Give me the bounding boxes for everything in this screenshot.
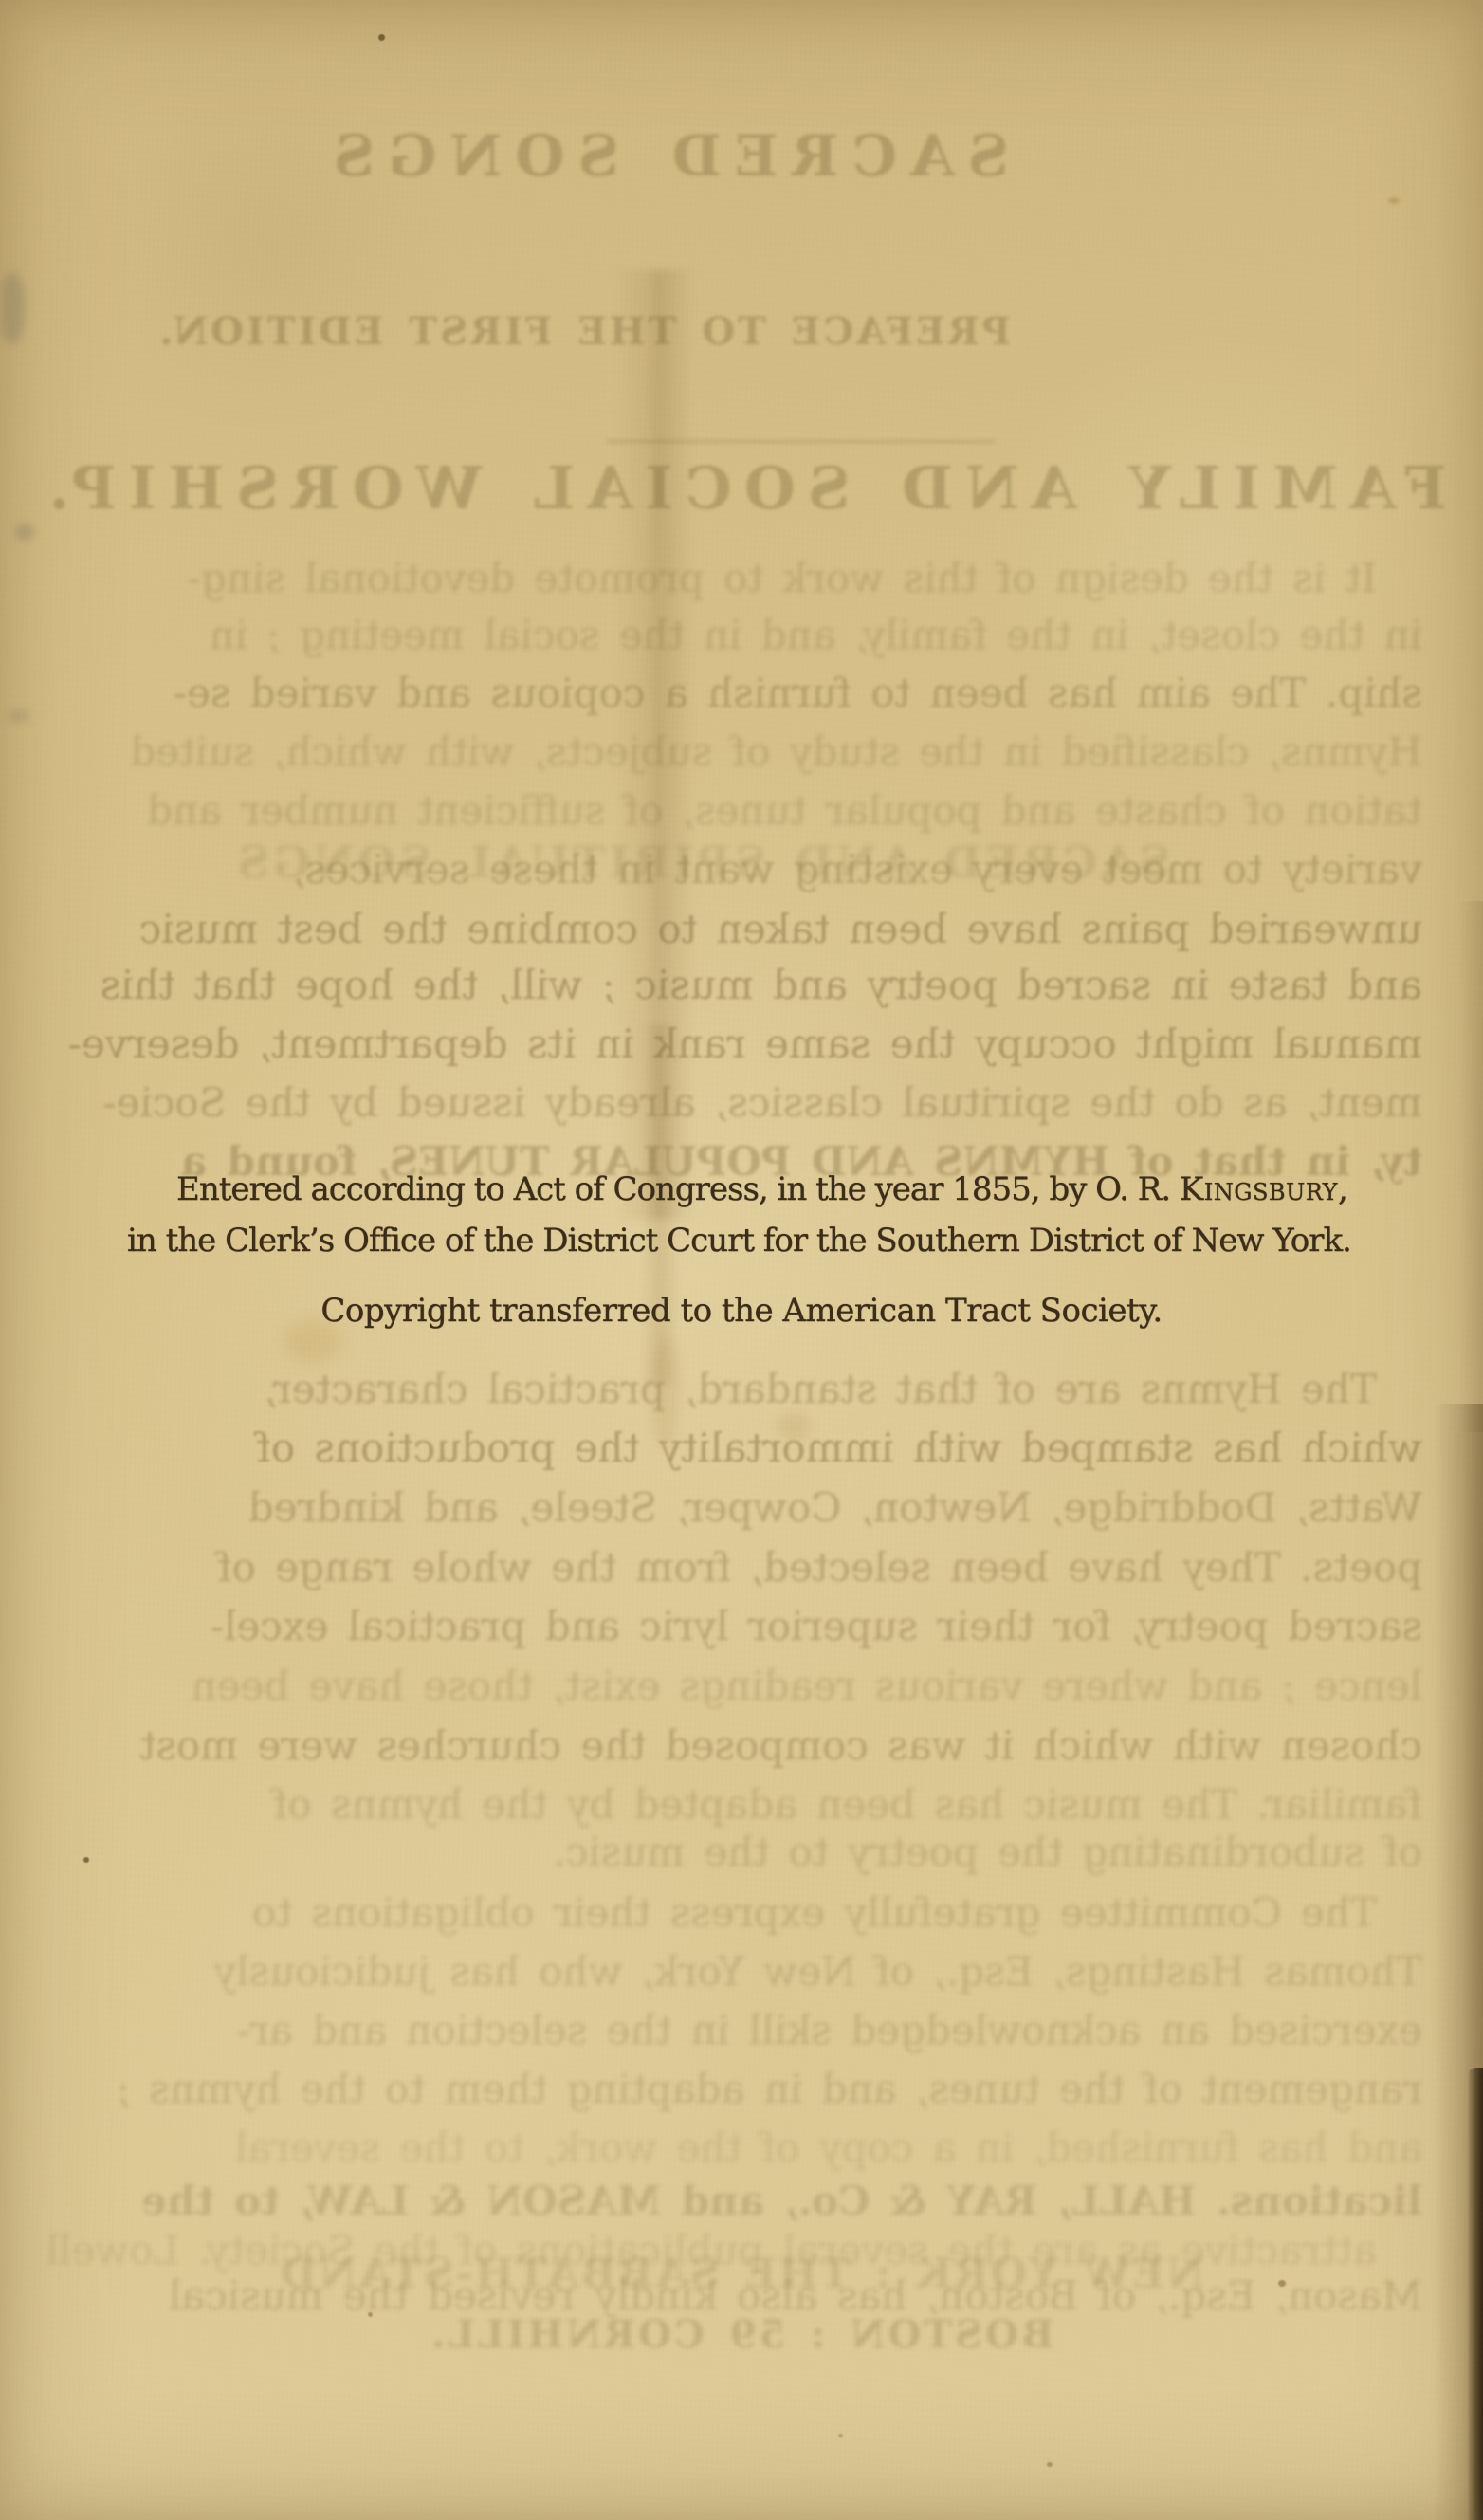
- paper-texture: [0, 0, 1483, 2520]
- ghost-text-line: familiar. The music has been adapted by …: [273, 1781, 1422, 1828]
- page-edge-shadow: [1434, 1404, 1483, 2520]
- ghost-text-line: The Hymns are of that standard, practica…: [265, 1366, 1377, 1412]
- ghost-text-line: SACRED AND SPIRITUAL SONGS: [234, 837, 1170, 888]
- vignette: [0, 0, 1483, 2520]
- ghost-text-line: Watts, Doddridge, Newton, Cowper, Steele…: [248, 1484, 1422, 1531]
- speck: [1388, 197, 1400, 204]
- ghost-text-line: It is the design of this work to promote…: [188, 555, 1377, 601]
- ghost-text-line: rangement of the tunes, and in adapting …: [117, 2066, 1422, 2112]
- smudge: [8, 709, 30, 723]
- ghost-text-line: exercised an acknowledged skill in the s…: [237, 2007, 1422, 2053]
- speck: [838, 2434, 843, 2437]
- page-edge-shadow: [1458, 901, 1483, 1432]
- copyright-transfer-line: Copyright transferred to the American Tr…: [0, 1292, 1483, 1330]
- ghost-text-line: unwearied pains have been taken to combi…: [139, 906, 1422, 952]
- ghost-text-line: FAMILY AND SOCIAL WORSHIP.: [0, 453, 1483, 523]
- ghost-text-line: attractive as are the several publicatio…: [46, 2227, 1377, 2273]
- copyright-line-1-text: Entered according to Act of Congress, in…: [176, 1170, 1180, 1208]
- ghost-text-line: The Committee gratefully express their o…: [252, 1889, 1377, 1936]
- ghost-text-line: in the closet, in the family, and in the…: [210, 612, 1422, 658]
- ghost-text-line: poets. They have been selected, from the…: [217, 1544, 1422, 1591]
- ghost-text-line: and taste in sacred poetry and music ; w…: [101, 962, 1422, 1008]
- ghost-text-line: SACRED SONGS: [320, 123, 1009, 190]
- speck: [83, 1857, 89, 1863]
- ghost-text-line: variety to meet every existing want in t…: [292, 846, 1422, 892]
- ghost-text-line: chosen with which it was composed the ch…: [140, 1722, 1423, 1769]
- ghost-text-line: lications. HALL, RAY & Co., and MASON & …: [141, 2178, 1422, 2224]
- ghost-text-line: ment, as do the spiritual classics, alre…: [102, 1079, 1422, 1126]
- copyright-line-1-tail: ,: [1338, 1170, 1347, 1208]
- stain: [652, 1335, 677, 1449]
- ghost-text-line: sacred poetry, for their superior lyric …: [211, 1603, 1422, 1649]
- speck: [368, 2312, 373, 2317]
- ghost-text-line: Thomas Hastings, Esq., of New York, who …: [213, 1948, 1422, 1995]
- speck: [1278, 2280, 1286, 2287]
- ghost-showthrough-layer: SACRED SONGSPREFACE TO THE FIRST EDITION…: [0, 0, 1483, 2520]
- copyright-line-2: in the Clerk’s Office of the District Cc…: [127, 1222, 1351, 1260]
- smudge: [15, 524, 34, 541]
- ghost-rule: [607, 440, 996, 443]
- speck: [378, 34, 385, 41]
- ghost-text-line: of subordinating the poetry to the music…: [553, 1829, 1422, 1875]
- ghost-text-line: and has furnished, in a copy of the work…: [235, 2125, 1423, 2171]
- stain: [778, 1413, 810, 1440]
- ghost-text-line: which has stamped with immortality the p…: [256, 1425, 1422, 1471]
- smudge: [0, 273, 25, 343]
- paper-crease: [614, 270, 694, 1219]
- ghost-text-line: NEW YORK : THE SABBATH-STAND: [0, 2250, 1483, 2298]
- ghost-text-line: ship. The aim has been to furnish a copi…: [174, 670, 1422, 716]
- copyright-holder-name: Kingsbury: [1180, 1170, 1338, 1208]
- ghost-text-line: lence ; and where various readings exist…: [192, 1663, 1422, 1709]
- speck: [1047, 2462, 1053, 2467]
- ghost-text-line: manual might occupy the same rank in its…: [68, 1021, 1422, 1067]
- ghost-text-line: BOSTON : 59 CORNHILL.: [0, 2312, 1483, 2357]
- ghost-text-line: Mason, Esq., of Boston, has also kindly …: [169, 2272, 1422, 2319]
- ghost-text-line: Hymns, classified in the study of subjec…: [130, 728, 1422, 775]
- ghost-text-line: PREFACE TO THE FIRST EDITION.: [156, 309, 1011, 354]
- scanned-page: SACRED SONGSPREFACE TO THE FIRST EDITION…: [0, 0, 1483, 2520]
- page-edge-shadow: [1468, 2068, 1483, 2520]
- ghost-text-line: tation of chaste and popular tunes, of s…: [147, 787, 1422, 834]
- copyright-line-1: Entered according to Act of Congress, in…: [176, 1170, 1347, 1208]
